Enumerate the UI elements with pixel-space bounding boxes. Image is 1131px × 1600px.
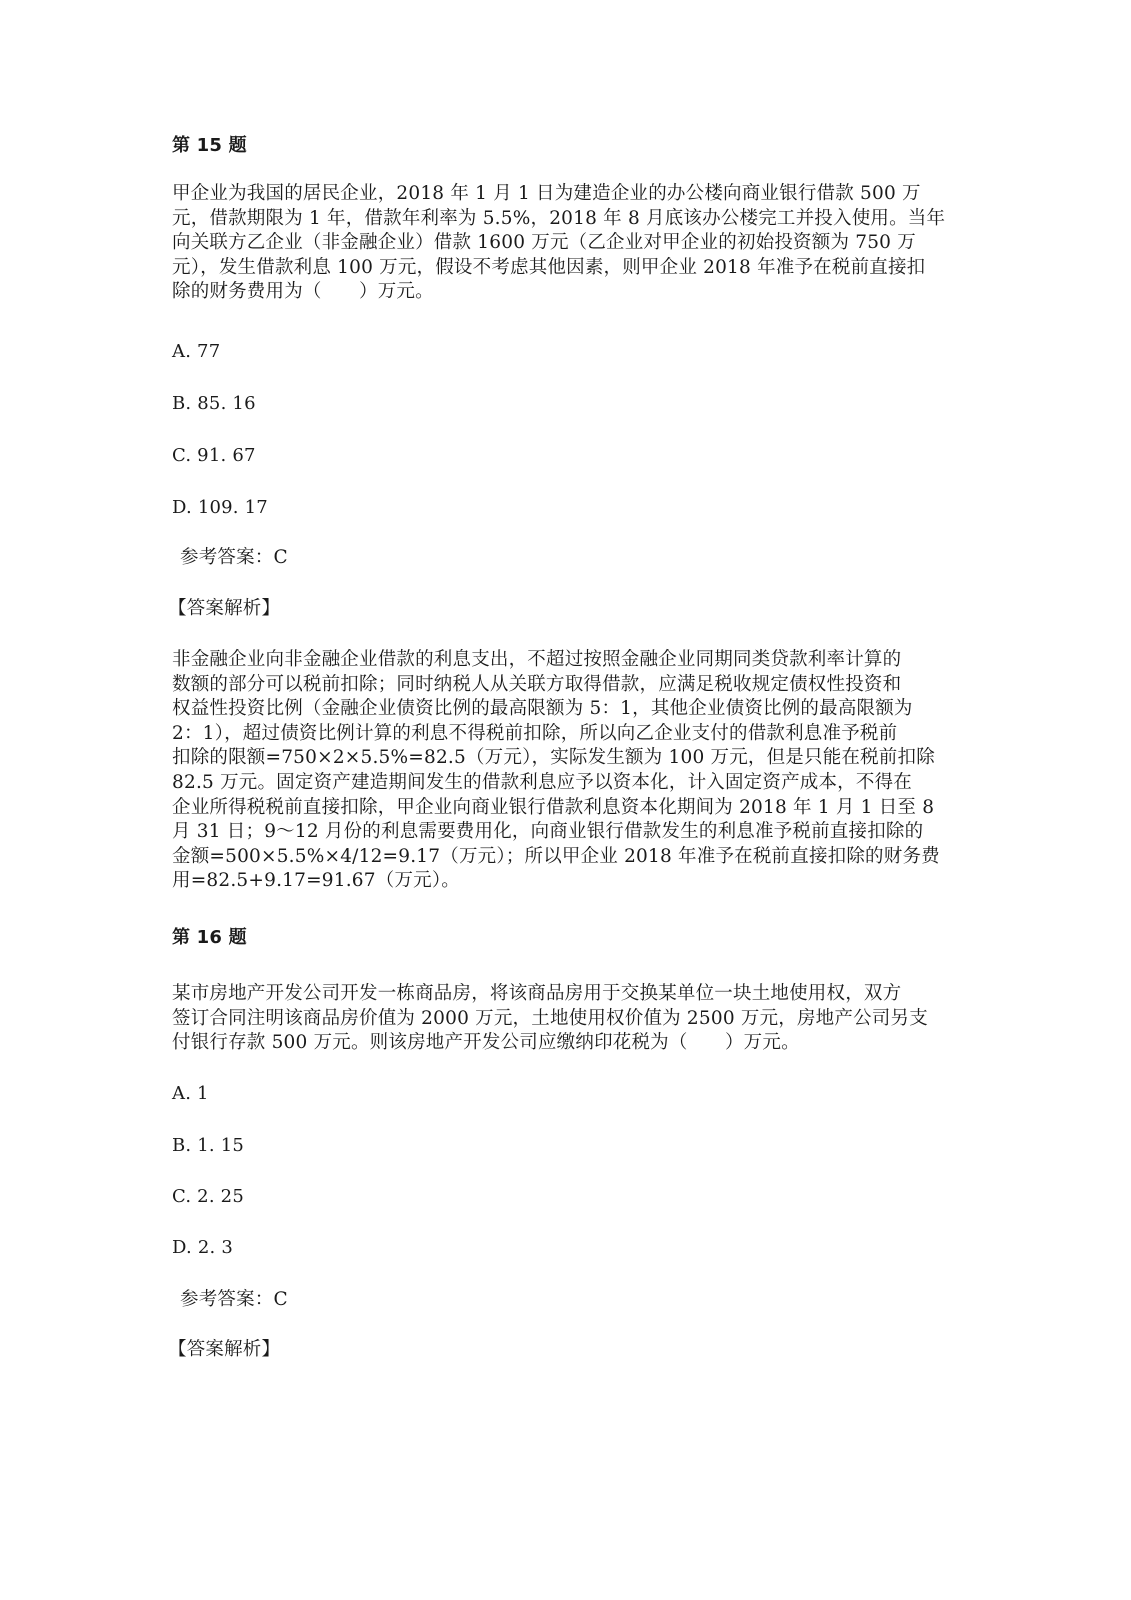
option-b: B. 1. 15 [172, 1134, 962, 1159]
stem-line: 某市房地产开发公司开发一栋商品房，将该商品房用于交换某单位一块土地使用权，双方 [172, 982, 962, 1007]
analysis-text: 非金融企业向非金融企业借款的利息支出，不超过按照金融企业同期同类贷款利率计算的 … [172, 648, 962, 894]
question-title: 第 15 题 [172, 134, 962, 159]
question-stem: 某市房地产开发公司开发一栋商品房，将该商品房用于交换某单位一块土地使用权，双方 … [172, 982, 962, 1056]
stem-line: 元，借款期限为 1 年，借款年利率为 5.5%，2018 年 8 月底该办公楼完… [172, 207, 962, 232]
analysis-line: 金额=500×5.5%×4/12=9.17（万元）；所以甲企业 2018 年准予… [172, 845, 962, 870]
stem-line: 签订合同注明该商品房价值为 2000 万元，土地使用权价值为 2500 万元，房… [172, 1007, 962, 1032]
option-c: C. 2. 25 [172, 1185, 962, 1210]
analysis-line: 扣除的限额=750×2×5.5%=82.5（万元），实际发生额为 100 万元，… [172, 746, 962, 771]
option-a: A. 1 [172, 1082, 962, 1107]
reference-answer: 参考答案：C [180, 546, 970, 571]
question-title: 第 16 题 [172, 926, 962, 951]
option-d: D. 109. 17 [172, 496, 962, 521]
option-a: A. 77 [172, 340, 962, 365]
option-d: D. 2. 3 [172, 1236, 962, 1261]
analysis-line: 82.5 万元。固定资产建造期间发生的借款利息应予以资本化，计入固定资产成本，不… [172, 771, 962, 796]
analysis-line: 用=82.5+9.17=91.67（万元）。 [172, 869, 962, 894]
reference-answer: 参考答案：C [180, 1288, 970, 1313]
option-b: B. 85. 16 [172, 392, 962, 417]
option-c: C. 91. 67 [172, 444, 962, 469]
analysis-line: 数额的部分可以税前扣除；同时纳税人从关联方取得借款，应满足税收规定债权性投资和 [172, 673, 962, 698]
stem-line: 付银行存款 500 万元。则该房地产开发公司应缴纳印花税为（ ）万元。 [172, 1031, 962, 1056]
stem-line: 向关联方乙企业（非金融企业）借款 1600 万元（乙企业对甲企业的初始投资额为 … [172, 231, 962, 256]
analysis-line: 2：1），超过债资比例计算的利息不得税前扣除，所以向乙企业支付的借款利息准予税前 [172, 722, 962, 747]
stem-line: 除的财务费用为（ ）万元。 [172, 280, 962, 305]
analysis-line: 企业所得税税前直接扣除，甲企业向商业银行借款利息资本化期间为 2018 年 1 … [172, 796, 962, 821]
analysis-line: 权益性投资比例（金融企业债资比例的最高限额为 5：1，其他企业债资比例的最高限额… [172, 697, 962, 722]
question-stem: 甲企业为我国的居民企业，2018 年 1 月 1 日为建造企业的办公楼向商业银行… [172, 182, 962, 305]
document-page: 第 15 题 甲企业为我国的居民企业，2018 年 1 月 1 日为建造企业的办… [0, 0, 1131, 1600]
analysis-line: 非金融企业向非金融企业借款的利息支出，不超过按照金融企业同期同类贷款利率计算的 [172, 648, 962, 673]
analysis-label: 【答案解析】 [168, 597, 958, 622]
stem-line: 元），发生借款利息 100 万元，假设不考虑其他因素，则甲企业 2018 年准予… [172, 256, 962, 281]
analysis-label: 【答案解析】 [168, 1338, 958, 1363]
stem-line: 甲企业为我国的居民企业，2018 年 1 月 1 日为建造企业的办公楼向商业银行… [172, 182, 962, 207]
analysis-line: 月 31 日；9～12 月份的利息需要费用化，向商业银行借款发生的利息准予税前直… [172, 820, 962, 845]
